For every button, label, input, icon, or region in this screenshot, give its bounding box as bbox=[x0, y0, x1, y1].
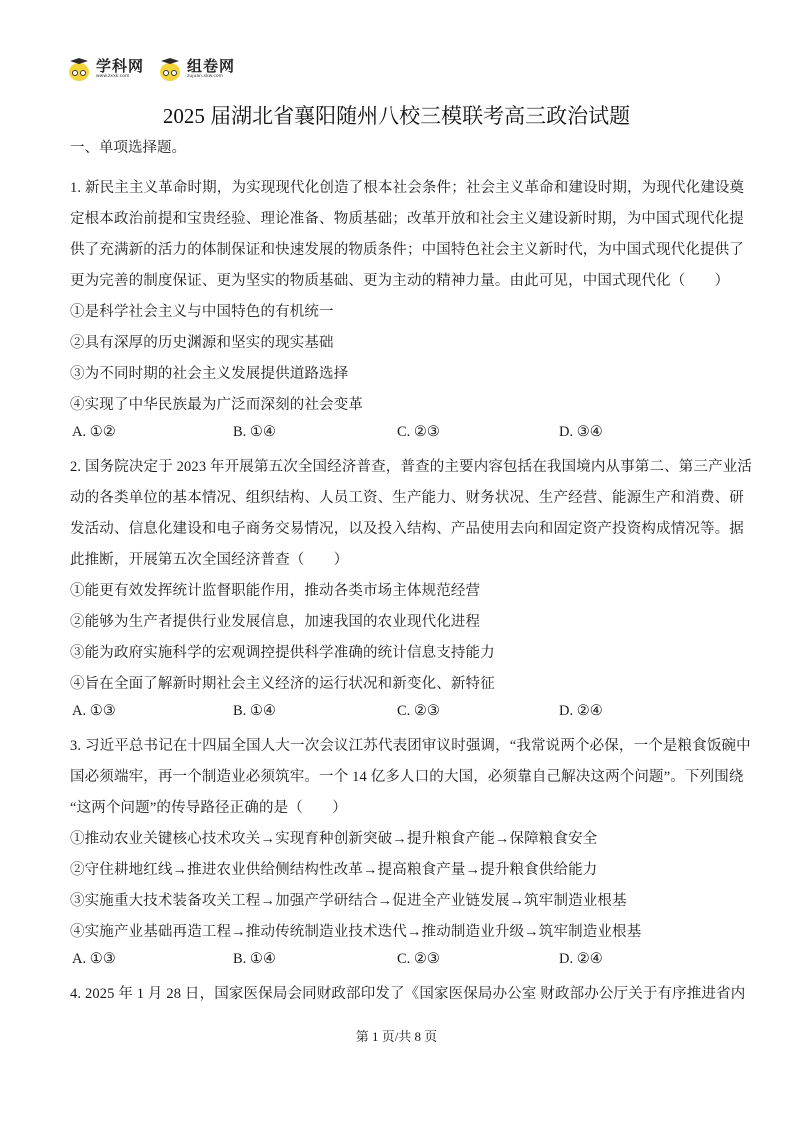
question-2-option-b: B. ①④ bbox=[233, 703, 276, 720]
question-1-option-c: C. ②③ bbox=[397, 424, 440, 441]
logo-name: 组卷网 bbox=[187, 59, 235, 74]
mascot-icon bbox=[158, 57, 184, 81]
question-2-stem-line: 动的各类单位的基本情况、组织结构、人员工资、生产能力、财务状况、生产经营、能源生… bbox=[70, 486, 744, 507]
question-2-option-d: D. ②④ bbox=[559, 703, 603, 720]
question-2-item: ③能为政府实施科学的宏观调控提供科学准确的统计信息支持能力 bbox=[70, 641, 495, 662]
document-title: 2025 届湖北省襄阳随州八校三模联考高三政治试题 bbox=[0, 100, 793, 130]
question-1-item: ②具有深厚的历史渊源和坚实的现实基础 bbox=[70, 331, 334, 352]
question-1-option-d: D. ③④ bbox=[559, 424, 603, 441]
question-1-option-a: A. ①② bbox=[72, 424, 116, 441]
logo-url: www.zxxk.com bbox=[96, 75, 144, 80]
question-2-option-c: C. ②③ bbox=[397, 703, 440, 720]
question-2-stem-line: 此推断，开展第五次全国经济普查（ ） bbox=[70, 548, 348, 569]
page-footer: 第 1 页/共 8 页 bbox=[0, 1026, 793, 1045]
question-1-item: ①是科学社会主义与中国特色的有机统一 bbox=[70, 300, 334, 321]
question-2-item: ②能够为生产者提供行业发展信息，加速我国的农业现代化进程 bbox=[70, 610, 480, 631]
logo-zxxk: 学科网 www.zxxk.com bbox=[67, 57, 144, 81]
question-4-stem-line: 4. 2025 年 1 月 28 日，国家医保局会同财政部印发了《国家医保局办公… bbox=[70, 982, 745, 1003]
question-2-item: ①能更有效发挥统计监督职能作用，推动各类市场主体规范经营 bbox=[70, 579, 480, 600]
question-3-item: ①推动农业关键核心技术攻关→实现育种创新突破→提升粮食产能→保障粮食安全 bbox=[70, 827, 597, 848]
section-heading: 一、单项选择题。 bbox=[70, 136, 186, 157]
question-3-option-a: A. ①③ bbox=[72, 951, 116, 968]
logo-name: 学科网 bbox=[96, 59, 144, 74]
question-1-item: ③为不同时期的社会主义发展提供道路选择 bbox=[70, 362, 348, 383]
question-3-option-c: C. ②③ bbox=[397, 951, 440, 968]
question-3-stem-line: 3. 习近平总书记在十四届全国人大一次会议江苏代表团审议时强调，“我常说两个必保… bbox=[70, 734, 751, 755]
question-1-stem-line: 定根本政治前提和宝贵经验、理论准备、物质基础；改革开放和社会主义建设新时期，为中… bbox=[70, 207, 744, 228]
mascot-icon bbox=[67, 57, 93, 81]
question-1-option-b: B. ①④ bbox=[233, 424, 276, 441]
logo-url: zujuan.xkw.com bbox=[187, 75, 235, 80]
question-1-stem-line: 更为完善的制度保证、更为坚实的物质基础、更为主动的精神力量。由此可见，中国式现代… bbox=[70, 269, 729, 290]
question-1-stem-line: 1. 新民主主义革命时期，为实现现代化创造了根本社会条件；社会主义革命和建设时期… bbox=[70, 176, 744, 197]
question-3-item: ②守住耕地红线→推进农业供给侧结构性改革→提高粮食产量→提升粮食供给能力 bbox=[70, 858, 597, 879]
question-2-item: ④旨在全面了解新时期社会主义经济的运行状况和新变化、新特征 bbox=[70, 672, 495, 693]
question-3-item: ③实施重大技术装备攻关工程→加强产学研结合→促进全产业链发展→筑牢制造业根基 bbox=[70, 889, 627, 910]
question-2-stem-line: 2. 国务院决定于 2023 年开展第五次全国经济普查，普查的主要内容包括在我国… bbox=[70, 455, 752, 476]
question-3-option-b: B. ①④ bbox=[233, 951, 276, 968]
question-3-item: ④实施产业基础再造工程→推动传统制造业技术迭代→推动制造业升级→筑牢制造业根基 bbox=[70, 920, 641, 941]
question-3-stem-line: “这两个问题”的传导路径正确的是（ ） bbox=[70, 796, 347, 817]
question-3-stem-line: 国必须端牢，再一个制造业必须筑牢。一个 14 亿多人口的大国，必须靠自己解决这两… bbox=[70, 765, 744, 786]
logo-zujuan: 组卷网 zujuan.xkw.com bbox=[158, 57, 235, 81]
question-1-stem-line: 供了充满新的活力的体制保证和快速发展的物质条件；中国特色社会主义新时代，为中国式… bbox=[70, 238, 744, 259]
question-3-option-d: D. ②④ bbox=[559, 951, 603, 968]
question-2-option-a: A. ①③ bbox=[72, 703, 116, 720]
question-2-stem-line: 发活动、信息化建设和电子商务交易情况，以及投入结构、产品使用去向和固定资产投资构… bbox=[70, 517, 744, 538]
question-1-item: ④实现了中华民族最为广泛而深刻的社会变革 bbox=[70, 393, 363, 414]
logo-bar: 学科网 www.zxxk.com 组卷网 zujuan.xkw.com bbox=[67, 57, 235, 81]
